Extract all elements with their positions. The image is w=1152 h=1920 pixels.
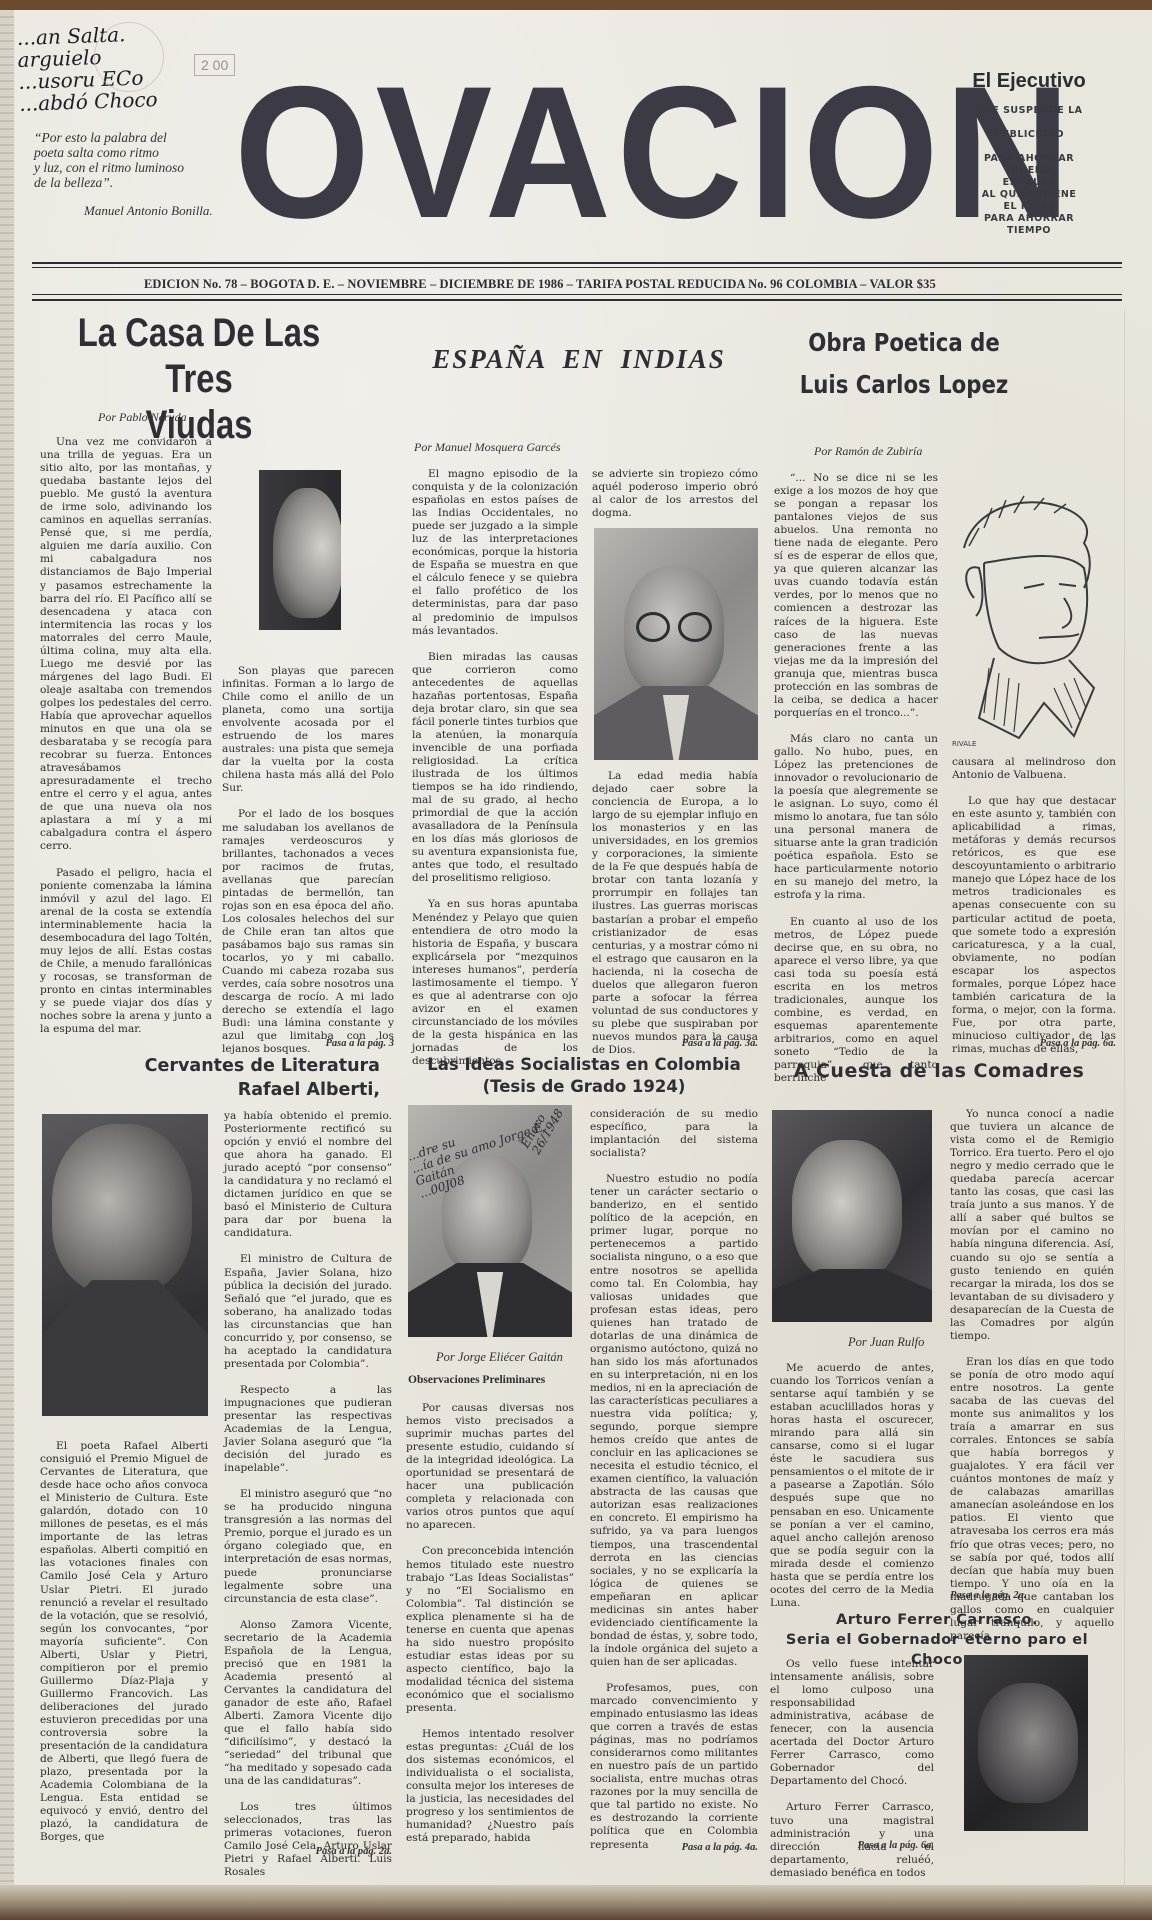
article-alberti-col1: El poeta Rafael Alberti consiguió el Pre… — [40, 1440, 208, 1844]
photo-mosquera — [594, 528, 758, 760]
paragraph: El ministro aseguró que “no se ha produc… — [224, 1488, 392, 1605]
stamp-value: 2 00 — [201, 57, 228, 73]
paragraph: Lo que hay que destacar en este asunto y… — [952, 795, 1116, 1056]
paragraph: Bien miradas las causas que corrieron co… — [412, 651, 578, 886]
headline-line: Cervantes de Literatura — [44, 1054, 380, 1078]
headline-espana: ESPAÑA EN INDIAS — [399, 344, 759, 375]
paragraph: Por causas diversas nos hemos visto prec… — [406, 1402, 574, 1532]
paragraph: Más claro no canta un gallo. No hubo, pu… — [774, 733, 938, 903]
paragraph: El magno episodio de la conquista y de l… — [412, 468, 578, 638]
paragraph: El ministro de Cultura de España, Javier… — [224, 1253, 392, 1370]
sidebar-line: EL RELOJ — [954, 201, 1104, 213]
photo-rulfo — [772, 1110, 932, 1322]
masthead-quote: “Por esto la palabra del poeta salta com… — [34, 130, 204, 190]
byline-gaitan: Por Jorge Eliécer Gaitán — [436, 1350, 563, 1365]
paragraph: Nuestro estudio no podía tener un caráct… — [590, 1173, 758, 1669]
divider-rule — [32, 262, 1122, 264]
photo-neruda — [259, 470, 341, 630]
paragraph: Los tres últimos seleccionados, tras las… — [224, 1801, 392, 1879]
article-neruda-col2: Son playas que parecen infinitas. Forman… — [222, 665, 394, 1056]
paragraph: Os vello fuese intentar intensamente aná… — [770, 1658, 934, 1788]
sidebar-line: AL QUE DETIENE — [954, 189, 1104, 201]
quote-line: de la belleza”. — [34, 175, 204, 190]
paragraph: Respecto a las impugnaciones que pudiera… — [224, 1384, 392, 1475]
continued-lopez: Pasa a la pág. 6a. — [952, 1038, 1116, 1049]
paragraph: Me acuerdo de antes, cuando los Torricos… — [770, 1362, 934, 1610]
continued-rulfo: Pasa a la pág. 2a. — [950, 1590, 1114, 1601]
caricature-signature: RIVALE — [952, 740, 976, 748]
article-gaitan-col1: Por causas diversas nos hemos visto prec… — [406, 1402, 574, 1846]
paragraph: Con preconcebida intención hemos titulad… — [406, 1545, 574, 1715]
masthead-title: OVACION — [234, 72, 1076, 232]
sidebar-line: DINERO — [954, 165, 1104, 177]
article-neruda-col1: Una vez me convidaron a una trilla de ye… — [40, 436, 212, 1036]
headline-alberti: Cervantes de Literatura Rafael Alberti, — [44, 1054, 404, 1102]
quote-author: Manuel Antonio Bonilla. — [84, 203, 213, 219]
headline-line: Arturo Ferrer Carrasco. — [762, 1610, 1112, 1630]
paragraph: ya había obtenido el premio. Posteriorme… — [224, 1110, 392, 1240]
article-lopez-col2: causara al melindroso don Antonio de Val… — [952, 756, 1116, 1056]
byline-espana: Por Manuel Mosquera Garcés — [414, 440, 561, 455]
byline-lopez: Por Ramón de Zubiría — [814, 444, 922, 459]
paragraph: Por el lado de los bosques me saludaban … — [222, 808, 394, 1056]
headline-line: (Tesis de Grado 1924) — [399, 1076, 769, 1098]
caricature-lopez: RIVALE — [944, 488, 1104, 753]
paragraph: Hemos intentado resolver estas preguntas… — [406, 1728, 574, 1845]
headline-rulfo: A Cuesta de las Comadres — [769, 1060, 1109, 1082]
headline-line: Obra Poetica de — [777, 322, 1032, 364]
continued-alberti: Pasa a la pág. 2a. — [224, 1846, 392, 1857]
paragraph: Profesamos, pues, con marcado convencimi… — [590, 1682, 758, 1852]
paragraph: El poeta Rafael Alberti consiguió el Pre… — [40, 1440, 208, 1844]
photo-gaitan: ...dre su ...ía de su amo Jorge E. Gaitá… — [408, 1105, 572, 1337]
photo-ferrer — [964, 1655, 1088, 1831]
article-rulfo-col2: Yo nunca conocí a nadie que tuviera un a… — [950, 1108, 1114, 1643]
paragraph: se advierte sin tropiezo cómo aquél pode… — [592, 468, 758, 520]
paragraph: consideración de su medio específico, pa… — [590, 1108, 758, 1160]
newspaper-page: ...an Salta. arguielo ...usoru ECo ...ab… — [14, 10, 1152, 1900]
paragraph: causara al melindroso don Antonio de Val… — [952, 756, 1116, 782]
postmark-circle — [94, 22, 164, 92]
continued-ferrer: Pasa a la pág. 6a. — [770, 1840, 934, 1851]
edition-line: EDICION No. 78 – BOGOTA D. E. – NOVIEMBR… — [144, 277, 936, 292]
continued-gaitan: Pasa a la pág. 4a. — [590, 1842, 758, 1853]
sidebar-title: El Ejecutivo — [954, 70, 1104, 93]
sidebar-line: TIEMPO — [954, 225, 1104, 237]
paragraph: Una vez me convidaron a una trilla de ye… — [40, 436, 212, 854]
article-espana-col2: La edad media había dejado caer sobre la… — [592, 770, 758, 1057]
article-alberti-col2: ya había obtenido el premio. Posteriorme… — [224, 1110, 392, 1880]
article-espana-col2-top: se advierte sin tropiezo cómo aquél pode… — [592, 468, 758, 520]
headline-line: Las Ideas Socialistas en Colombia — [399, 1054, 769, 1076]
byline-rulfo: Por Juan Rulfo — [848, 1335, 924, 1350]
quote-line: y luz, con el ritmo luminoso — [34, 160, 204, 175]
sidebar-line: ES IGUAL — [954, 177, 1104, 189]
quote-line: poeta salta como ritmo — [34, 145, 204, 160]
paragraph: Son playas que parecen infinitas. Forman… — [222, 665, 394, 795]
article-espana-col1: El magno episodio de la conquista y de l… — [412, 468, 578, 1068]
sidebar-line: PARA AHORRAR — [954, 153, 1104, 165]
paragraph: “... No se dice ni se les exige a los mo… — [774, 472, 938, 720]
paragraph: Yo nunca conocí a nadie que tuviera un a… — [950, 1108, 1114, 1343]
headline-gaitan: Las Ideas Socialistas en Colombia (Tesis… — [399, 1054, 769, 1098]
headline-line: La Casa De Las Tres — [47, 310, 350, 402]
paragraph: Alonso Zamora Vicente, secretario de la … — [224, 1619, 392, 1789]
headline-line: Luis Carlos Lopez — [777, 364, 1032, 406]
sidebar-line: QUE SUSPENDE LA — [954, 105, 1104, 117]
postage-meter-stamp: 2 00 — [194, 54, 235, 76]
binding-edge — [0, 10, 14, 1900]
sidebar-line: PUBLICIDAD — [954, 129, 1104, 141]
subhead-gaitan: Observaciones Preliminares — [408, 1374, 545, 1386]
continued-espana: Pasa a la pág. 3a. — [592, 1038, 758, 1049]
handwriting-line: ...abdó Choco — [19, 87, 190, 115]
headline-lopez: Obra Poetica de Luis Carlos Lopez — [777, 322, 1032, 406]
paragraph: La edad media había dejado caer sobre la… — [592, 770, 758, 1057]
headline-neruda: La Casa De Las Tres Viudas — [47, 310, 350, 448]
page-fold-line — [1124, 310, 1125, 1890]
masthead-sidebar: El Ejecutivo QUE SUSPENDE LA PUBLICIDAD … — [954, 70, 1104, 237]
paragraph: Pasado el peligro, hacia el poniente com… — [40, 867, 212, 1037]
article-gaitan-col2: consideración de su medio específico, pa… — [590, 1108, 758, 1852]
article-lopez-col1: “... No se dice ni se les exige a los mo… — [774, 472, 938, 1085]
byline-neruda: Por Pablo Neruda — [98, 410, 187, 425]
quote-line: “Por esto la palabra del — [34, 130, 204, 145]
photo-alberti — [42, 1114, 208, 1416]
divider-rule — [32, 267, 1122, 268]
divider-rule — [32, 299, 1122, 301]
divider-rule — [32, 294, 1122, 295]
paragraph: Ya en sus horas apuntaba Menéndez y Pela… — [412, 898, 578, 1068]
article-rulfo-col1: Me acuerdo de antes, cuando los Torricos… — [770, 1362, 934, 1610]
sidebar-line: PARA AHORRAR — [954, 213, 1104, 225]
page-bottom-edge — [0, 1885, 1152, 1920]
headline-line: Rafael Alberti, — [44, 1078, 380, 1102]
continued-neruda: Pasa a la pág. 3 — [222, 1038, 394, 1049]
